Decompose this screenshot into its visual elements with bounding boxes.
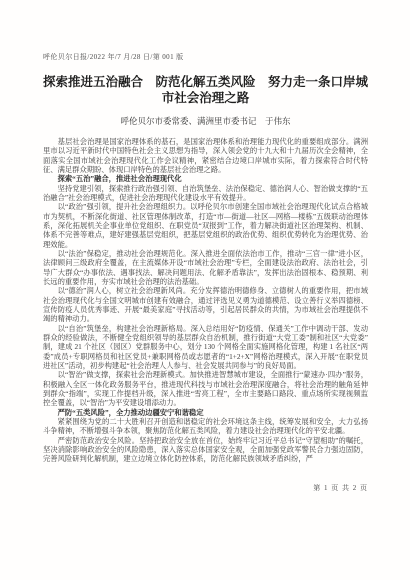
paragraph: 以“智治”做支撑，探索社会治理新模式。加快推进智慧城市建设，全面推行“蒙速办·四… bbox=[43, 370, 368, 407]
paragraph: 以“德治”润人心，树立社会治理新风尚。充分发挥德治明德修身、立德树人的重要作用，… bbox=[43, 286, 368, 323]
paragraph: 坚持党建引领，探索推行政治强引领、自治筑堡垒、法治保稳定、德治润人心、智治做支撑… bbox=[43, 184, 368, 203]
paragraph: 以“自治”筑堡垒，构建社会治理新格局。深入总结用好“防疫情、保通关”工作中调动干… bbox=[43, 324, 368, 371]
paragraph: 以“法治”保稳定，推动社会治理规范化。深入推进全面依法治市工作，推动“三官一律”… bbox=[43, 249, 368, 286]
section-subhead: 探索“五治”融合，推进社会治理现代化 bbox=[43, 174, 368, 183]
paragraph: 基层社会治理是国家治理体系的基石，是国家治理体系和治理能力现代化的重要组成部分。… bbox=[43, 137, 368, 174]
document-page: 呼伦贝尔日报/2022 年/7 月/28 日/第 001 版 探索推进五治融合 … bbox=[0, 0, 410, 580]
paragraph: 以“政治”强引领，提升社会治理组织力。以呼伦贝尔市创建全国市域社会治理现代化试点… bbox=[43, 202, 368, 249]
paragraph: 严密防范政治安全风险。坚持把政治安全放在首位，始终牢记习近平总书记“守望相助”的… bbox=[43, 436, 368, 464]
article-title: 探索推进五治融合 防范化解五类风险 努力走一条口岸城市社会治理之路 bbox=[43, 74, 368, 106]
section-subhead: 严防“五类风险”，全力推动边疆安宁和谐稳定 bbox=[43, 408, 368, 417]
masthead-source-line: 呼伦贝尔日报/2022 年/7 月/28 日/第 001 版 bbox=[43, 52, 368, 62]
article-byline: 呼伦贝尔市委常委、满洲里市委书记 于伟东 bbox=[43, 115, 368, 127]
article-body: 基层社会治理是国家治理体系的基石，是国家治理体系和治理能力现代化的重要组成部分。… bbox=[43, 137, 368, 463]
page-number-footer: 第 1 页 共 2 页 bbox=[43, 483, 368, 493]
paragraph: 紧紧围绕为党的二十大胜利召开创造和谐稳定的社会环境这条主线，统筹发展和安全，大力… bbox=[43, 417, 368, 436]
